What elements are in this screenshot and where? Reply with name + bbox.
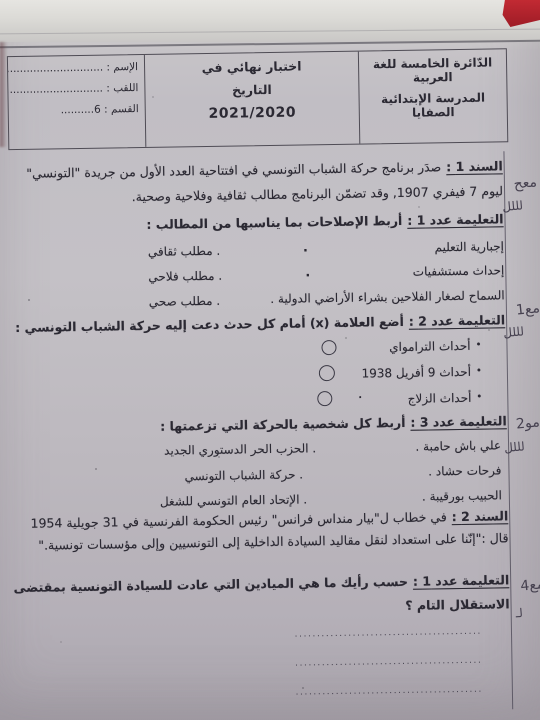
person-item: علي باش حامبة . [415, 438, 501, 453]
scan-noise [0, 0, 2, 2]
header-table: الدّائرة الخامسة للغة العربية المدرسة ال… [7, 48, 508, 150]
source2-text-line1: السند 2 :في خطاب ل"بيار منداس فرانس" رئي… [30, 508, 508, 531]
answer-dotted-line: ........................................… [295, 656, 482, 669]
source2-title: السند 2 : [452, 508, 509, 524]
match-dot: · [358, 393, 362, 404]
exam-year: 2021/2020 [146, 104, 359, 123]
match-dot: . [305, 265, 310, 280]
source2-text: في خطاب ل"بيار منداس فرانس" رئيس الحكومة… [30, 509, 446, 531]
margin-note-label: مع4 [508, 576, 540, 596]
task2-text: أضع العلامة (x) أمام كل حدث دعت إليه حرك… [15, 314, 404, 335]
task1-title: التعليمة عدد 1 : [407, 211, 503, 228]
scribble: لللل [503, 324, 525, 340]
source1-text: صدَر برنامج حركة الشباب التونسي في افتتا… [26, 159, 441, 181]
student-info-cell: الإسم : .............................. ا… [8, 55, 145, 149]
exam-subject: التاريخ [145, 81, 358, 99]
answer-circle [319, 365, 335, 381]
source1-text-line1: السند 1 :صدَر برنامج حركة الشباب التونسي… [26, 158, 503, 180]
student-class-field: القسم : 6.......... [9, 103, 139, 117]
answer-dotted-line: ........................................… [295, 685, 482, 698]
scribble: لللل [504, 439, 526, 455]
answer-circle [317, 391, 332, 406]
reform-item: السماح لصغار الفلاحين بشراء الأراضي الدو… [270, 288, 505, 306]
task3-heading: التعليمة عدد 3 :أربط كل شخصية بالحركة ال… [160, 413, 507, 433]
movement-item: . الإتحاد العام التونسي للشغل [160, 492, 307, 508]
exam-title: اختبار نهائي في [145, 58, 358, 76]
reform-item: إجبارية التعليم [434, 239, 504, 254]
student-name-field: الإسم : .............................. [8, 61, 138, 75]
task4-title: التعليمة عدد 1 : [413, 572, 509, 589]
bullet-icon: • [476, 366, 482, 377]
task2-heading: التعليمة عدد 2 :أضع العلامة (x) أمام كل … [15, 312, 505, 335]
task1-heading: التعليمة عدد 1 :أربط الإصلاحات بما يناسب… [146, 211, 503, 232]
student-surname-field: اللقب : .............................. [8, 82, 138, 96]
task4-heading: التعليمة عدد 1 :حسب رأيك ما هي الميادين … [13, 572, 509, 595]
task4-text-line2: الاستقلال التام ؟ [405, 596, 509, 613]
event-label: أحداث الترامواي [389, 339, 471, 354]
bullet-icon: • [476, 392, 482, 403]
task1-text: أربط الإصلاحات بما يناسبها من المطالب : [146, 213, 402, 232]
source1-title: السند 1 : [446, 158, 503, 174]
movement-item: . الحزب الحر الدستوري الجديد [164, 441, 316, 457]
exam-sheet: الدّائرة الخامسة للغة العربية المدرسة ال… [0, 0, 540, 720]
answer-dotted-line: ........................................… [295, 627, 482, 640]
bullet-icon: • [475, 340, 481, 351]
reform-item: إحداث مستشفيات [413, 263, 505, 278]
event-label: أحداث الزلاج [408, 391, 472, 406]
school-name: المدرسة الإبتدائية الصفايا [359, 90, 506, 120]
task4-text-line1: حسب رأيك ما هي الميادين التي عادت للسياد… [13, 574, 408, 595]
scanned-exam-photo: الدّائرة الخامسة للغة العربية المدرسة ال… [0, 0, 540, 720]
person-item: فرحات حشاد . [428, 463, 502, 478]
person-item: الحبيب بورقيبة . [422, 488, 502, 503]
margin-note-label: مو2 [503, 414, 540, 434]
demand-item: . مطلب صحي [149, 294, 221, 309]
match-dot: . [303, 240, 308, 255]
scribble: لللل [502, 198, 524, 214]
task3-title: التعليمة عدد 3 : [410, 413, 506, 430]
event-option: •أحداث الزلاج [408, 391, 483, 406]
scribble: لـ [515, 606, 523, 621]
demand-item: . مطلب ثقافي [148, 244, 220, 259]
exam-info-cell: اختبار نهائي في التاريخ 2021/2020 [144, 52, 359, 147]
district-name: الدّائرة الخامسة للغة العربية [359, 55, 506, 85]
event-label: أحداث 9 أفريل 1938 [361, 365, 471, 381]
event-option: •أحداث الترامواي [389, 339, 482, 354]
margin-note-label: مع1 [503, 300, 540, 320]
movement-item: . حركة الشباب التونسي [184, 467, 303, 483]
demand-item: . مطلب فلاحي [148, 269, 222, 284]
answer-circle [321, 340, 336, 355]
source1-text-line2: ليوم 7 فيفري 1907, وقد تضمّن البرنامج مط… [132, 183, 504, 204]
school-info-cell: الدّائرة الخامسة للغة العربية المدرسة ال… [358, 49, 507, 143]
source2-text-line2: قال :"إنّنا على استعداد لنقل مقاليد السي… [38, 530, 508, 552]
margin-note-label: معح [500, 174, 537, 194]
event-option: •أحداث 9 أفريل 1938 [361, 365, 482, 381]
task2-title: التعليمة عدد 2 : [409, 312, 505, 329]
task3-text: أربط كل شخصية بالحركة التي تزعمتها : [160, 415, 405, 434]
